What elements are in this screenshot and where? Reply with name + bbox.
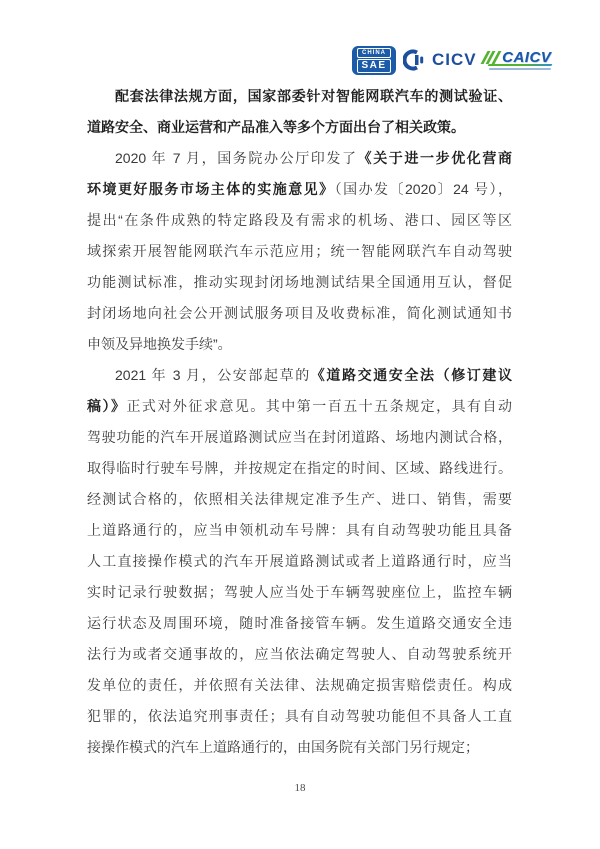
- cicv-wordmark: CICV: [432, 50, 477, 70]
- paragraph: 2021 年 3 月，公安部起草的《道路交通安全法（修订建议稿）》正式对外征求意…: [87, 360, 512, 763]
- text-line: 2020 年 7 月，国务院办公厅印发了《关于进一步优化营商: [87, 143, 512, 174]
- text-segment: 经测试合格的，依照相关法律规定准予生产、进口、销售，需要: [87, 491, 512, 507]
- paragraph: 2020 年 7 月，国务院办公厅印发了《关于进一步优化营商环境更好服务市场主体…: [87, 143, 512, 360]
- text-line: 上道路通行的，应当申领机动车号牌：具有自动驾驶功能且具备: [87, 515, 512, 546]
- china-sae-logo: CHINA SAE: [352, 46, 396, 75]
- cicv-emblem-icon: [403, 49, 425, 71]
- text-segment: 2020 年 7 月，国务院办公厅印发了: [115, 150, 358, 166]
- header-logos: CHINA SAE CICV CAICV: [352, 44, 551, 76]
- text-segment: 域探索开展智能网联汽车示范应用；统一智能网联汽车自动驾驶: [87, 243, 512, 259]
- text-segment: 提出“在条件成熟的特定路段及有需求的机场、港口、园区等区: [87, 212, 512, 228]
- document-page: CHINA SAE CICV CAICV 配套法律法规方面，国家部委针对智能网联…: [0, 0, 600, 849]
- text-line: 道路安全、商业运营和产品准入等多个方面出台了相关政策。: [87, 112, 512, 143]
- text-line: 取得临时行驶车号牌，并按规定在指定的时间、区域、路线进行。: [87, 453, 512, 484]
- page-number: 18: [0, 782, 600, 794]
- text-line: 2021 年 3 月，公安部起草的《道路交通安全法（修订建议: [87, 360, 512, 391]
- china-sae-logo-main-label: SAE: [357, 59, 390, 73]
- paragraph: 配套法律法规方面，国家部委针对智能网联汽车的测试验证、道路安全、商业运营和产品准…: [87, 81, 512, 143]
- text-segment: 实时记录行驶数据；驾驶人应当处于车辆驾驶座位上，监控车辆: [87, 584, 512, 600]
- text-line: 封闭场地向社会公开测试服务项目及收费标准，简化测试通知书: [87, 298, 512, 329]
- text-segment: 犯罪的，依法追究刑事责任；具有自动驾驶功能但不具备人工直: [87, 708, 512, 724]
- text-line: 配套法律法规方面，国家部委针对智能网联汽车的测试验证、: [87, 81, 512, 112]
- text-segment: 正式对外征求意见。其中第一百五十五条规定，具有自动: [126, 398, 512, 414]
- text-segment: 驾驶功能的汽车开展道路测试应当在封闭道路、场地内测试合格，: [87, 429, 512, 445]
- text-segment: 接操作模式的汽车上道路通行的，由国务院有关部门另行规定；: [87, 739, 479, 755]
- caicv-swoosh-icon: [487, 64, 552, 66]
- text-line: 发单位的责任，并依照有关法律、法规确定损害赔偿责任。构成: [87, 670, 512, 701]
- text-line: 犯罪的，依法追究刑事责任；具有自动驾驶功能但不具备人工直: [87, 701, 512, 732]
- caicv-tagline-bar: [489, 68, 551, 70]
- text-segment: 发单位的责任，并依照有关法律、法规确定损害赔偿责任。构成: [87, 677, 512, 693]
- text-segment: 人工直接操作模式的汽车开展道路测试或者上道路通行时，应当: [87, 553, 512, 569]
- caicv-wordmark: CAICV: [502, 50, 551, 65]
- text-line: 提出“在条件成熟的特定路段及有需求的机场、港口、园区等区: [87, 205, 512, 236]
- text-line: 经测试合格的，依照相关法律规定准予生产、进口、销售，需要: [87, 484, 512, 515]
- text-segment: 取得临时行驶车号牌，并按规定在指定的时间、区域、路线进行。: [87, 460, 512, 476]
- text-line: 申领及异地换发手续”。: [87, 329, 512, 360]
- text-segment: （国办发〔2020〕24 号），: [335, 181, 512, 197]
- text-line: 驾驶功能的汽车开展道路测试应当在封闭道路、场地内测试合格，: [87, 422, 512, 453]
- bold-text-segment: 配套法律法规方面，国家部委针对智能网联汽车的测试验证、: [115, 88, 512, 104]
- text-line: 功能测试标准，推动实现封闭场地测试结果全国通用互认，督促: [87, 267, 512, 298]
- text-segment: 功能测试标准，推动实现封闭场地测试结果全国通用互认，督促: [87, 274, 512, 290]
- text-line: 稿）》正式对外征求意见。其中第一百五十五条规定，具有自动: [87, 391, 512, 422]
- bold-text-segment: 稿）》: [87, 398, 126, 414]
- document-body: 配套法律法规方面，国家部委针对智能网联汽车的测试验证、道路安全、商业运营和产品准…: [87, 81, 512, 763]
- text-segment: 上道路通行的，应当申领机动车号牌：具有自动驾驶功能且具备: [87, 522, 512, 538]
- text-line: 法行为或者交通事故的，应当依法确定驾驶人、自动驾驶系统开: [87, 639, 512, 670]
- china-sae-logo-top-label: CHINA: [357, 48, 391, 58]
- text-line: 环境更好服务市场主体的实施意见》（国办发〔2020〕24 号），: [87, 174, 512, 205]
- text-segment: 2021 年 3 月，公安部起草的: [115, 367, 311, 383]
- bold-text-segment: 道路安全、商业运营和产品准入等多个方面出台了相关政策。: [87, 119, 465, 135]
- text-segment: 申领及异地换发手续”。: [87, 336, 232, 352]
- caicv-logo: CAICV: [484, 50, 552, 70]
- bold-text-segment: 《关于进一步优化营商: [358, 150, 512, 166]
- text-line: 人工直接操作模式的汽车开展道路测试或者上道路通行时，应当: [87, 546, 512, 577]
- bold-text-segment: 环境更好服务市场主体的实施意见》: [87, 181, 335, 197]
- text-line: 接操作模式的汽车上道路通行的，由国务院有关部门另行规定；: [87, 732, 512, 763]
- text-line: 运行状态及周围环境，随时准备接管车辆。发生道路交通安全违: [87, 608, 512, 639]
- text-segment: 封闭场地向社会公开测试服务项目及收费标准，简化测试通知书: [87, 305, 512, 321]
- text-segment: 法行为或者交通事故的，应当依法确定驾驶人、自动驾驶系统开: [87, 646, 512, 662]
- bold-text-segment: 《道路交通安全法（修订建议: [311, 367, 512, 383]
- text-segment: 运行状态及周围环境，随时准备接管车辆。发生道路交通安全违: [87, 615, 512, 631]
- text-line: 实时记录行驶数据；驾驶人应当处于车辆驾驶座位上，监控车辆: [87, 577, 512, 608]
- text-line: 域探索开展智能网联汽车示范应用；统一智能网联汽车自动驾驶: [87, 236, 512, 267]
